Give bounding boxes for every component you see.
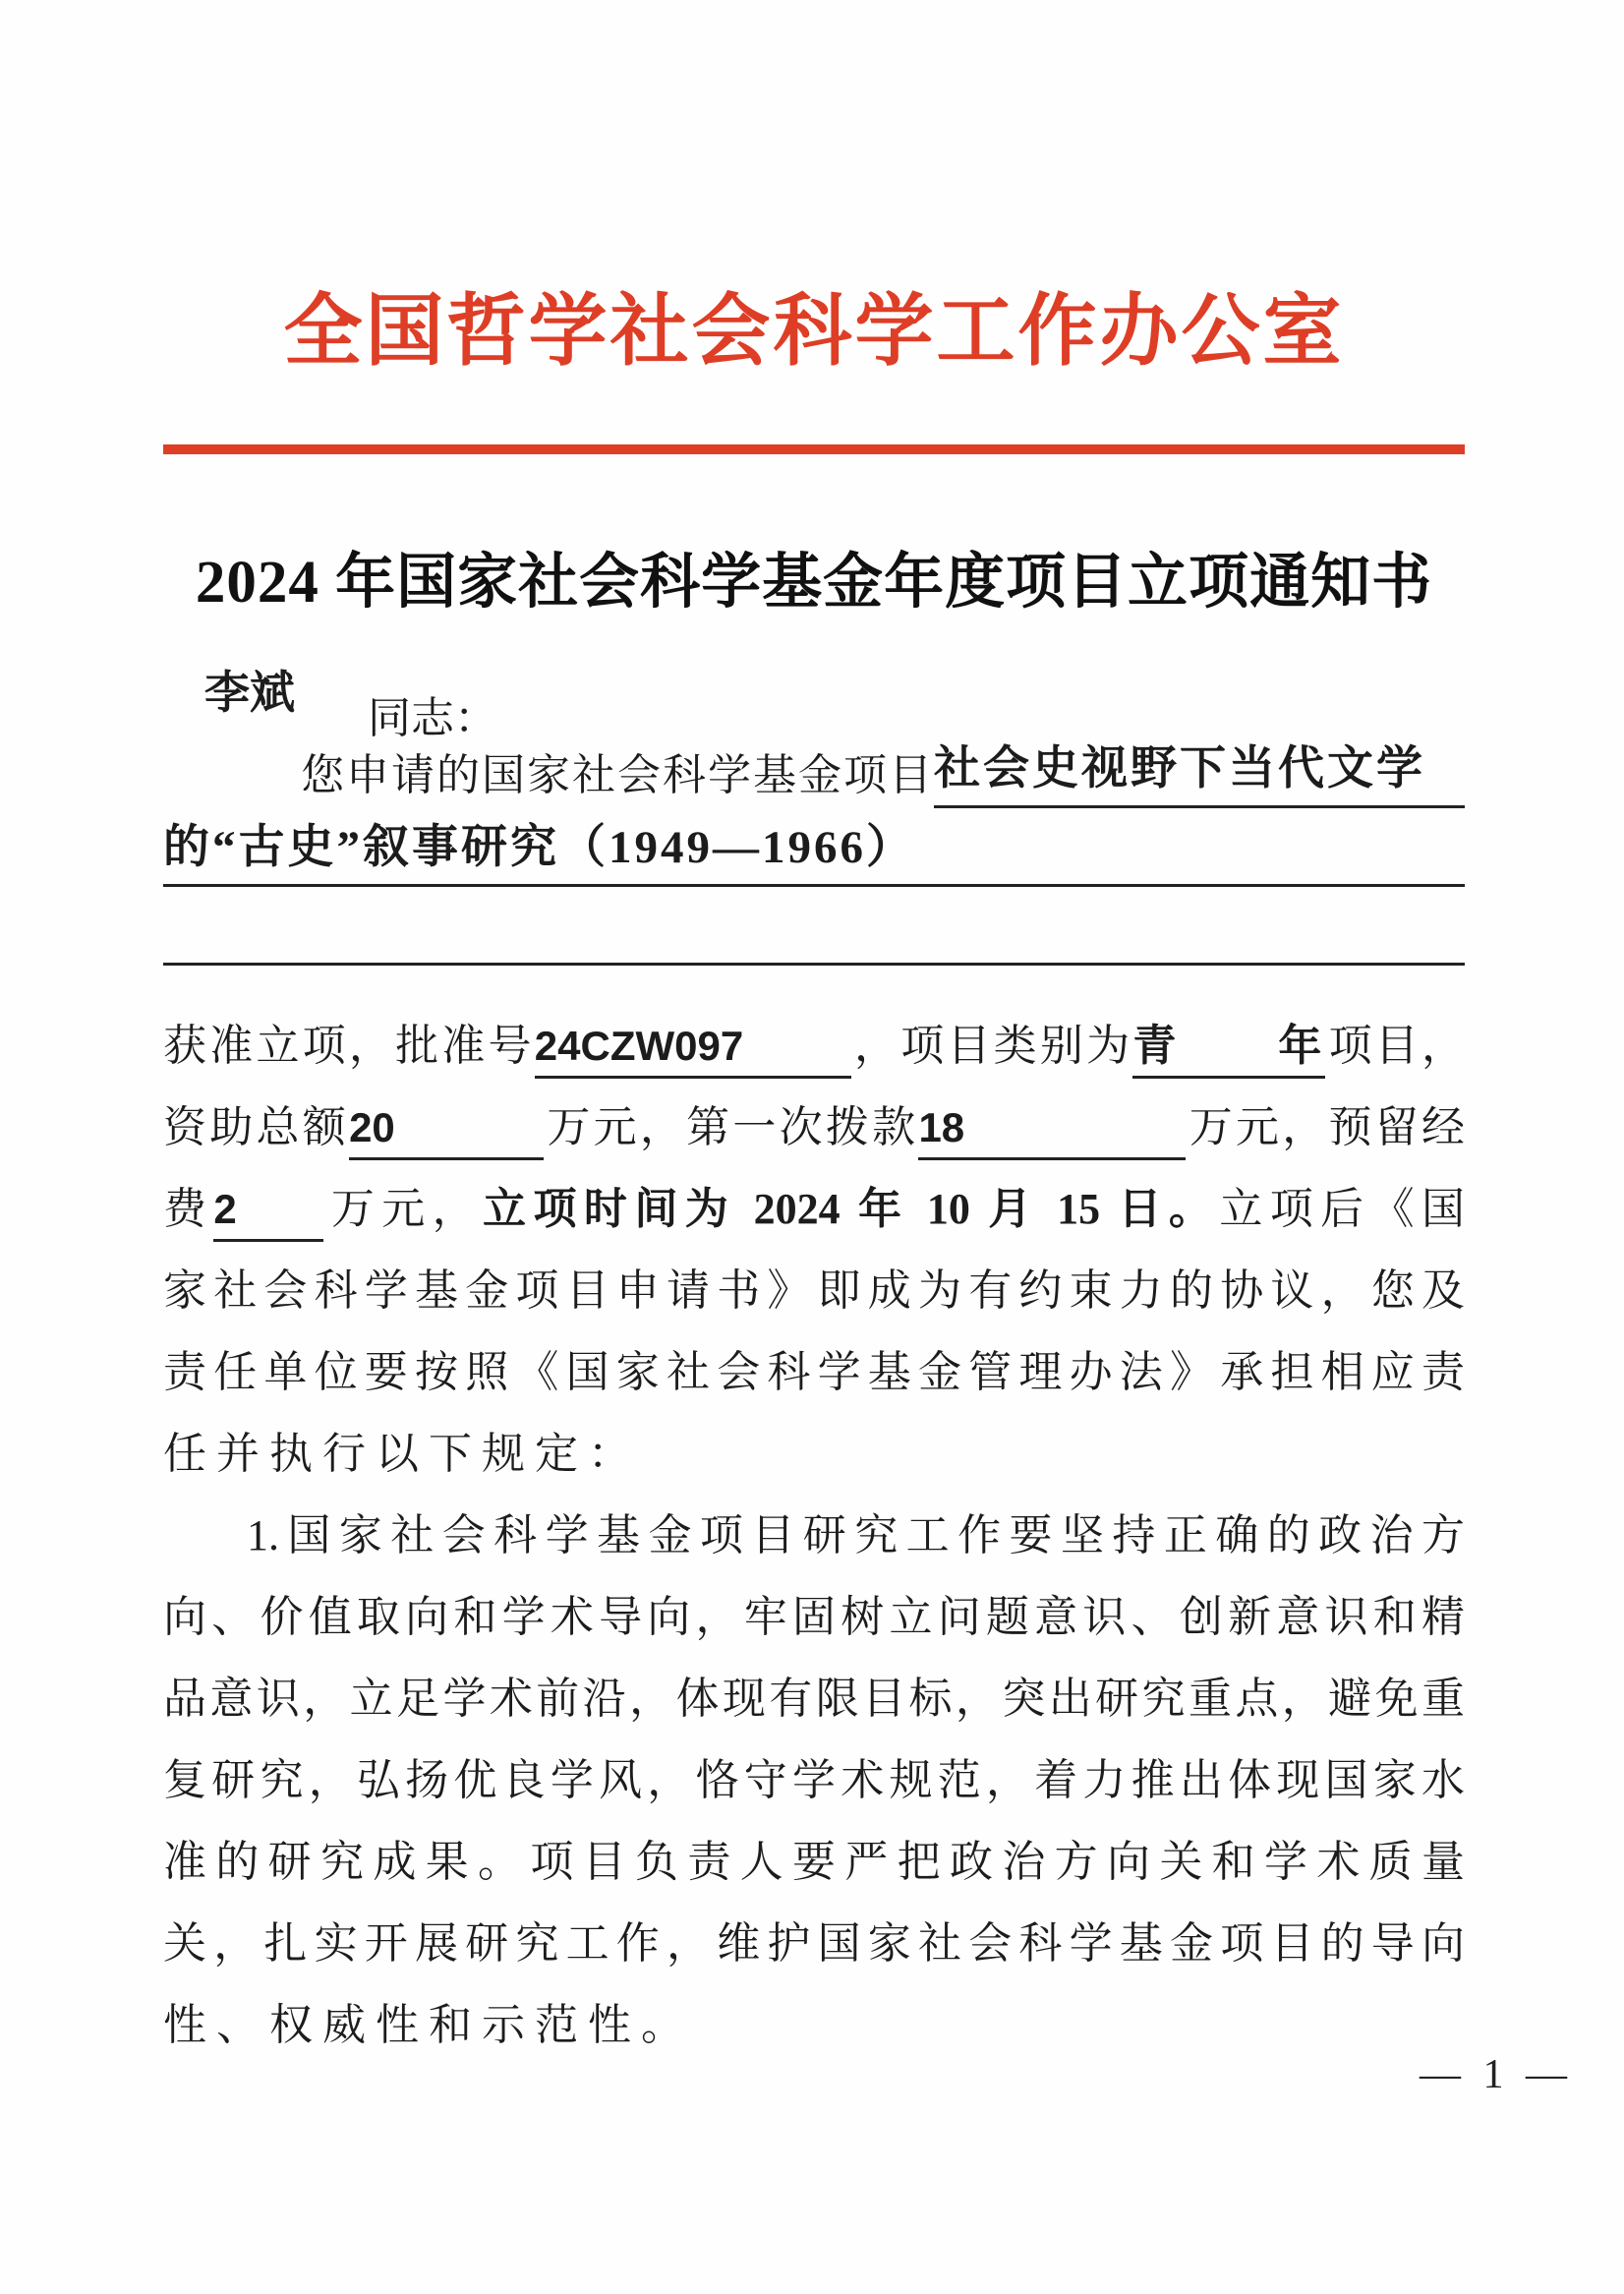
- approval-line3-a: 费: [163, 1185, 213, 1233]
- project-title-fill-line1: 社会史视野下当代文学: [934, 732, 1465, 808]
- approval-line2-a: 资助总额: [163, 1103, 349, 1151]
- approval-line3-b: 万元，: [323, 1185, 483, 1233]
- grant-number-blank: 24CZW097: [535, 1021, 851, 1079]
- provision1-line-1: 1.国家社会科学基金项目研究工作要坚持正确的政治方: [163, 1495, 1465, 1576]
- provision1-marker: 1.: [247, 1511, 279, 1559]
- approval-line2-b: 万元，第一次拨款: [544, 1103, 918, 1151]
- approval-line-4: 家社会科学基金项目申请书》即成为有约束力的协议，您及: [163, 1250, 1465, 1331]
- approval-line1-a: 获准立项，批准号: [163, 1022, 535, 1070]
- total-amount-blank: 20: [349, 1102, 544, 1160]
- project-intro-line: 您申请的国家社会科学基金项目 社会史视野下当代文学: [163, 730, 1465, 808]
- issuing-org-title: 全国哲学社会科学工作办公室: [163, 267, 1465, 381]
- document-content: 全国哲学社会科学工作办公室 2024 年国家社会科学基金年度项目立项通知书 李斌…: [163, 0, 1465, 2294]
- approval-date-bold: 立项时间为 2024 年 10 月 15 日。: [483, 1185, 1219, 1233]
- recipient-name: 李斌: [204, 657, 295, 722]
- header-divider-rule: [163, 444, 1465, 454]
- approval-line-2: 资助总额20万元，第一次拨款18万元，预留经: [163, 1087, 1465, 1168]
- approval-line3-c: 立项后《国: [1219, 1185, 1465, 1233]
- first-payment-blank: 18: [918, 1102, 1186, 1160]
- approval-line-5: 责任单位要按照《国家社会科学基金管理办法》承担相应责: [163, 1331, 1465, 1413]
- provision1-line-7: 性、权威性和示范性。: [163, 1984, 1465, 2066]
- provision1-line-2: 向、价值取向和学术导向，牢固树立问题意识、创新意识和精: [163, 1576, 1465, 1658]
- project-title-fill-line2: 的“古史”叙事研究（1949—1966）: [163, 810, 1465, 887]
- reserved-amount-blank: 2: [213, 1184, 323, 1242]
- approval-line1-c: 项目，: [1325, 1022, 1465, 1070]
- document-title: 2024 年国家社会科学基金年度项目立项通知书: [163, 534, 1465, 619]
- project-title-fill-line3: [163, 889, 1465, 966]
- provision1-line-3: 品意识，立足学术前沿，体现有限目标，突出研究重点，避免重: [163, 1658, 1465, 1739]
- project-category-blank: 青年: [1132, 1021, 1325, 1079]
- provision1-line-4: 复研究，弘扬优良学风，恪守学术规范，着力推出体现国家水: [163, 1739, 1465, 1821]
- page-number: — 1 —: [1420, 2051, 1573, 2098]
- notice-document-page: 全国哲学社会科学工作办公室 2024 年国家社会科学基金年度项目立项通知书 李斌…: [0, 0, 1624, 2294]
- provision1-line-5: 准的研究成果。项目负责人要严把政治方向关和学术质量: [163, 1821, 1465, 1903]
- provision1-line1-text: 国家社会科学基金项目研究工作要坚持正确的政治方: [279, 1511, 1465, 1559]
- salutation: 李斌 同志：: [163, 651, 1465, 741]
- approval-line-6: 任并执行以下规定：: [163, 1413, 1465, 1495]
- approval-line-1: 获准立项，批准号24CZW097，项目类别为青年项目，: [163, 1005, 1465, 1087]
- project-intro-prefix: 您申请的国家社会科学基金项目: [163, 739, 934, 808]
- approval-line-3: 费2万元，立项时间为 2024 年 10 月 15 日。立项后《国: [163, 1168, 1465, 1250]
- approval-line1-b: ，项目类别为: [851, 1022, 1133, 1070]
- approval-line2-c: 万元，预留经: [1186, 1103, 1465, 1151]
- provision1-line-6: 关，扎实开展研究工作，维护国家社会科学基金项目的导向: [163, 1903, 1465, 1984]
- body-text: 获准立项，批准号24CZW097，项目类别为青年项目， 资助总额20万元，第一次…: [163, 1005, 1465, 2066]
- project-title-line2: 的“古史”叙事研究（1949—1966）: [163, 810, 1465, 887]
